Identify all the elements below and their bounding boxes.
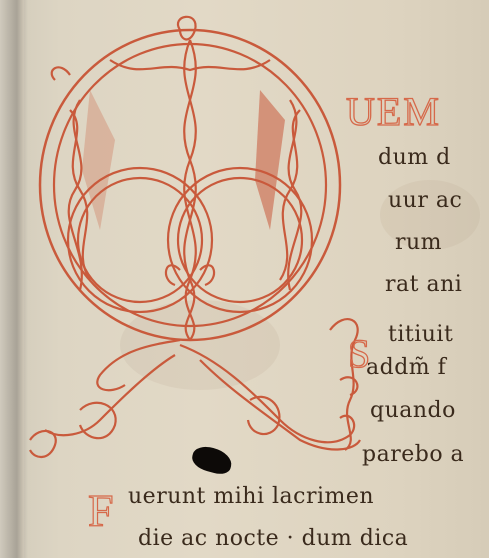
text-line: rum bbox=[395, 230, 442, 255]
text-line: uerunt mihi lacrimen bbox=[128, 484, 374, 509]
text-line: rat ani bbox=[385, 272, 462, 297]
manuscript-page: UEM S F dum d uur ac rum rat ani titiuit… bbox=[0, 0, 489, 558]
rubric-initial-f: F bbox=[88, 484, 114, 537]
text-line: parebo a bbox=[362, 442, 464, 467]
text-line: dum d bbox=[378, 145, 451, 170]
text-line: addm̃ f bbox=[366, 355, 446, 380]
text-line: quando bbox=[370, 398, 456, 423]
text-line: titiuit bbox=[388, 322, 453, 347]
text-line: uur ac bbox=[388, 188, 462, 213]
text-line: die ac nocte · dum dica bbox=[138, 526, 408, 551]
rubricated-capitals: UEM bbox=[346, 88, 441, 135]
